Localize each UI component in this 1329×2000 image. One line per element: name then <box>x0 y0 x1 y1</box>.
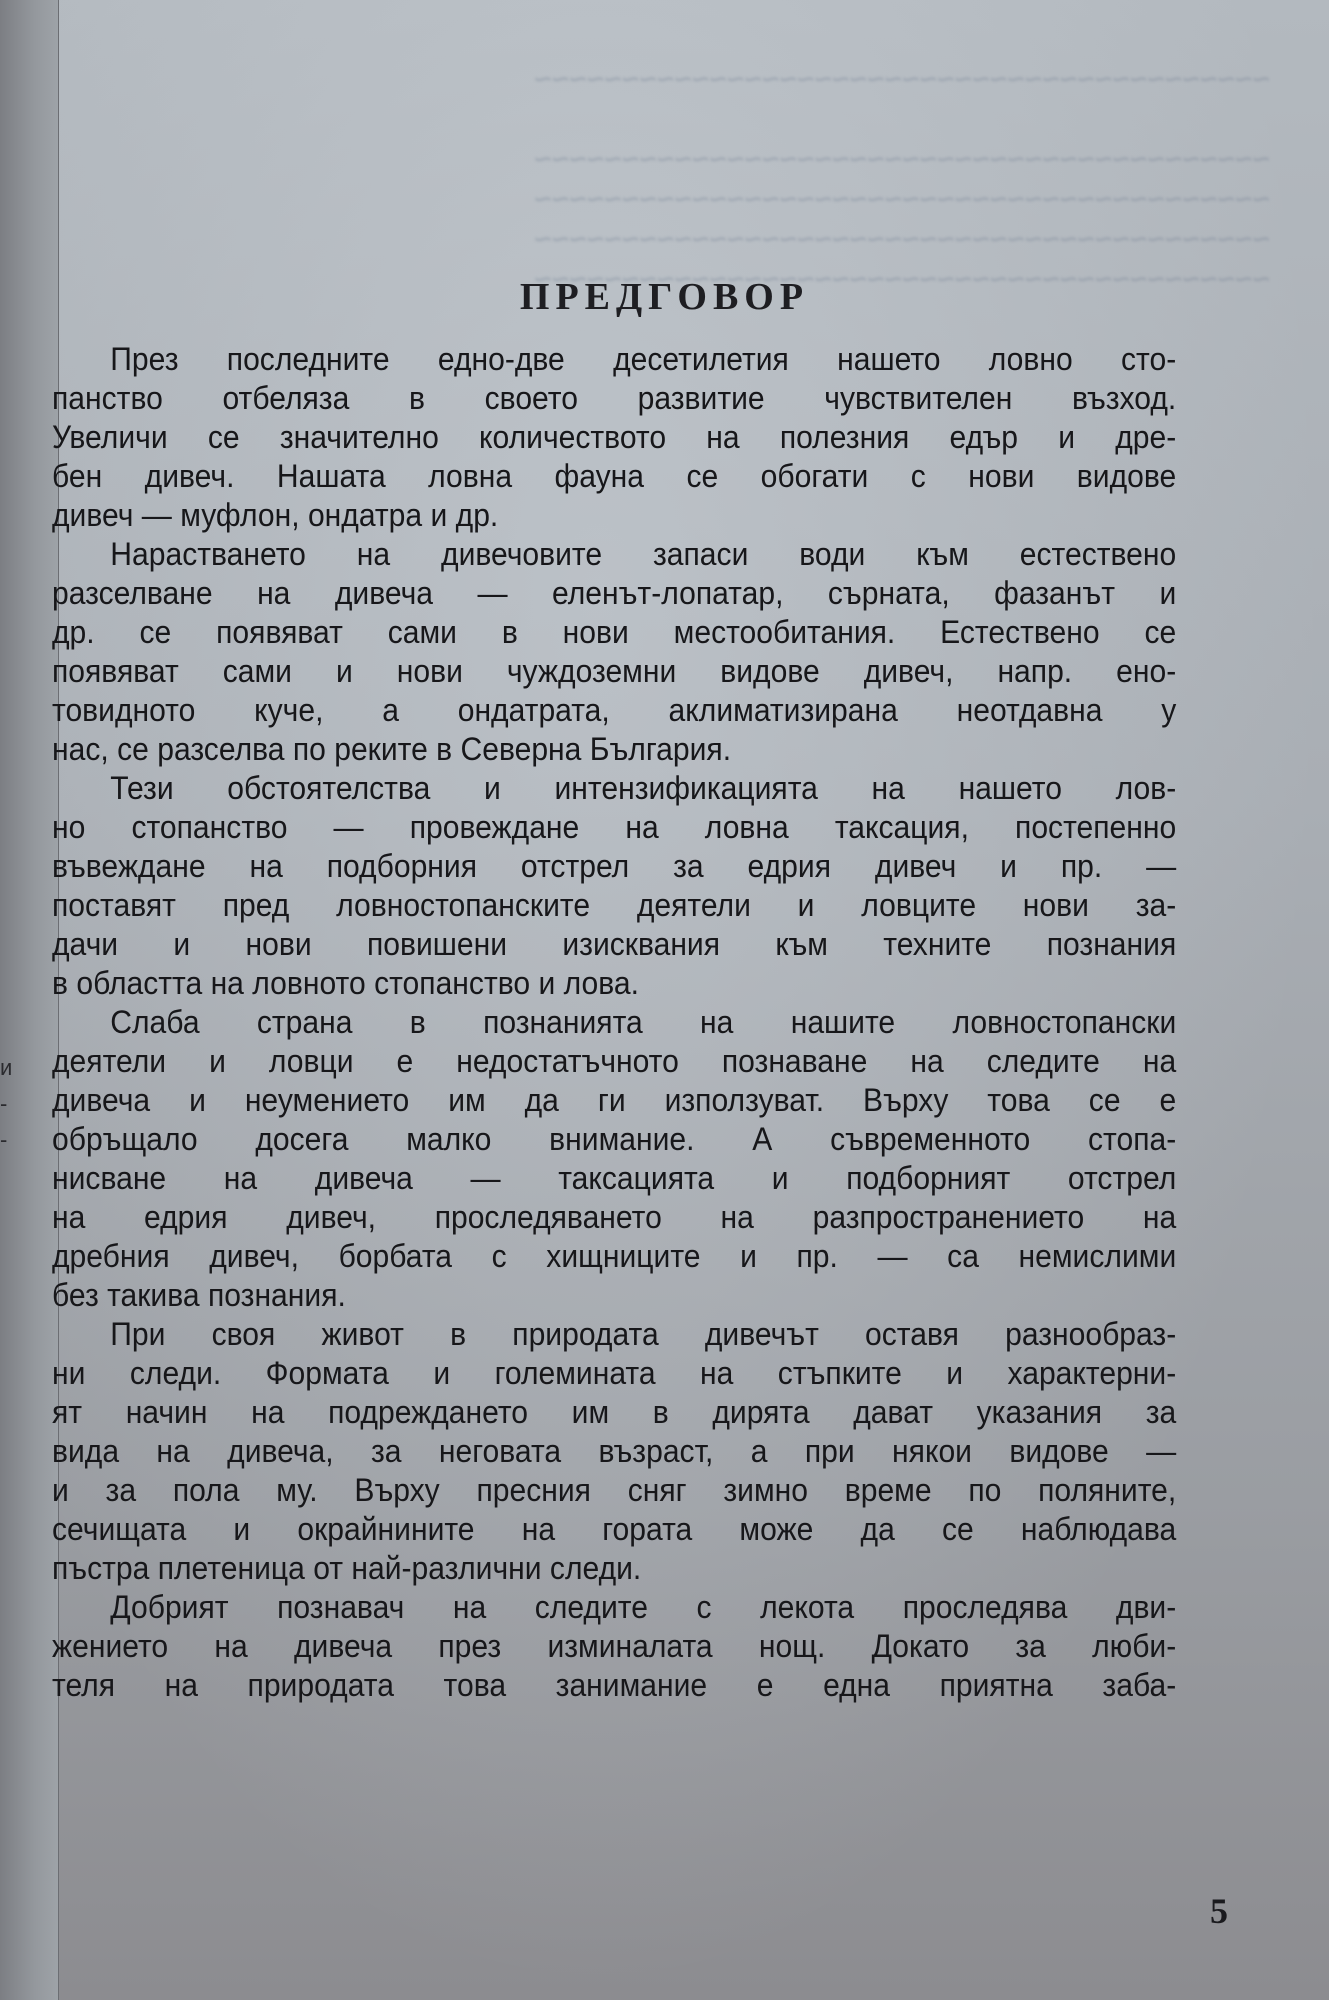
text-line: Слаба страна в познанията на нашите ловн… <box>52 1003 1176 1042</box>
text-line: пъстра плетеница от най-различни следи. <box>52 1549 1176 1588</box>
text-line: дивеч — муфлон, ондатра и др. <box>52 496 1176 535</box>
text-line: сечищата и окрайнините на гората може да… <box>52 1510 1176 1549</box>
paragraph: Слаба страна в познанията на нашите ловн… <box>52 1003 1176 1315</box>
paragraph: През последните едно-две десетилетия наш… <box>52 340 1176 535</box>
body-text: През последните едно-две десетилетия наш… <box>52 340 1176 1705</box>
page-title: ПРЕДГОВОР <box>0 275 1329 319</box>
paragraph: Тези обстоятелства и интензификацията на… <box>52 769 1176 1003</box>
text-line: вида на дивеча, за неговата възраст, а п… <box>52 1432 1176 1471</box>
text-line: При своя живот в природата дивечът остав… <box>52 1315 1176 1354</box>
paragraph: Нарастването на дивечовите запаси води к… <box>52 535 1176 769</box>
text-line: През последните едно-две десетилетия наш… <box>52 340 1176 379</box>
book-page: ~~~~~~~~~~~~~~~~~~~~~~~~~~~~~~~~~~~~~~~~… <box>0 0 1329 2000</box>
margin-mark: - <box>0 1122 20 1158</box>
text-line: без такива познания. <box>52 1276 1176 1315</box>
text-line: поставят пред ловностопанските деятели и… <box>52 886 1176 925</box>
text-line: и за пола му. Върху пресния сняг зимно в… <box>52 1471 1176 1510</box>
text-line: бен дивеч. Нашата ловна фауна се обогати… <box>52 457 1176 496</box>
text-line: разселване на дивеча — еленът-лопатар, с… <box>52 574 1176 613</box>
text-line: на едрия дивеч, проследяването на разпро… <box>52 1198 1176 1237</box>
text-line: в областта на ловното стопанство и лова. <box>52 964 1176 1003</box>
text-line: нас, се разселва по реките в Северна Бъл… <box>52 730 1176 769</box>
text-line: товидното куче, а ондатрата, аклиматизир… <box>52 691 1176 730</box>
text-line: деятели и ловци е недостатъчното познава… <box>52 1042 1176 1081</box>
paragraph: Добрият познавач на следите с лекота про… <box>52 1588 1176 1705</box>
text-line: жението на дивеча през изминалата нощ. Д… <box>52 1627 1176 1666</box>
page-number: 5 <box>1210 1890 1228 1932</box>
text-line: Увеличи се значително количеството на по… <box>52 418 1176 457</box>
text-line: нисване на дивеча — таксацията и подборн… <box>52 1159 1176 1198</box>
margin-mark: - <box>0 1086 20 1122</box>
text-line: панство отбеляза в своето развитие чувст… <box>52 379 1176 418</box>
text-line: появяват сами и нови чуждоземни видове д… <box>52 652 1176 691</box>
text-line: ят начин на подреждането им в дирята дав… <box>52 1393 1176 1432</box>
text-line: ни следи. Формата и големината на стъпки… <box>52 1354 1176 1393</box>
text-line: Тези обстоятелства и интензификацията на… <box>52 769 1176 808</box>
text-line: Нарастването на дивечовите запаси води к… <box>52 535 1176 574</box>
margin-mark: и <box>0 1050 20 1086</box>
text-line: дребния дивеч, борбата с хищниците и пр.… <box>52 1237 1176 1276</box>
text-line: Добрият познавач на следите с лекота про… <box>52 1588 1176 1627</box>
text-line: въвеждане на подборния отстрел за едрия … <box>52 847 1176 886</box>
margin-marks: и - - <box>0 1050 20 1158</box>
text-line: дачи и нови повишени изисквания към техн… <box>52 925 1176 964</box>
text-line: но стопанство — провеждане на ловна такс… <box>52 808 1176 847</box>
paragraph: При своя живот в природата дивечът остав… <box>52 1315 1176 1588</box>
text-line: обръщало досега малко внимание. А съврем… <box>52 1120 1176 1159</box>
text-line: др. се появяват сами в нови местообитани… <box>52 613 1176 652</box>
text-line: теля на природата това занимание е една … <box>52 1666 1176 1705</box>
text-line: дивеча и неумението им да ги използуват.… <box>52 1081 1176 1120</box>
show-through-text: ~~~~~~~~~~~~~~~~~~~~~~~~~~~~~~~~~~~~~~~~… <box>90 60 1270 300</box>
